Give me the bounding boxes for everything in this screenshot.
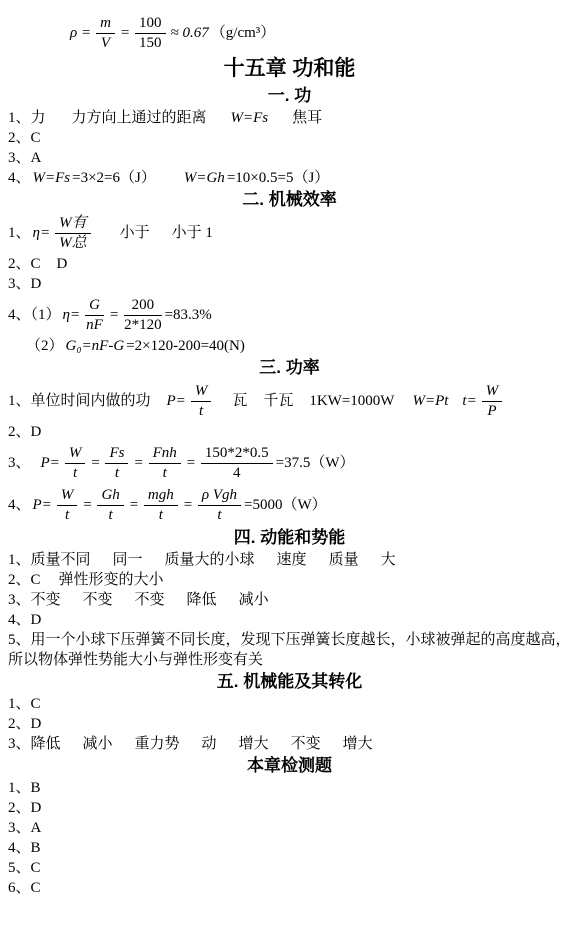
answer-text: 小于 xyxy=(120,223,150,243)
answer-line: 1、力力方向上通过的距离W=Fs焦耳 xyxy=(8,108,571,128)
answer-line: （2）G₀=nF-G=2×120-200=40(N) xyxy=(8,336,571,356)
formula-text: = xyxy=(133,453,143,473)
answer-text: 1KW=1000W xyxy=(309,391,394,411)
answer-sheet-document: ρ =mV=100150≈ 0.67（g/cm³） 十五章 功和能 一. 功 1… xyxy=(0,0,579,898)
answer-text: 3、A xyxy=(8,820,41,836)
answer-line: 2、D xyxy=(8,714,571,734)
fraction: ρ Vght xyxy=(198,487,241,524)
answer-text: 质量 xyxy=(329,552,359,568)
density-formula-line: ρ =mV=100150≈ 0.67（g/cm³） xyxy=(8,12,571,54)
answer-text: 3、降低 xyxy=(8,736,61,752)
fraction-denominator: W总 xyxy=(55,234,91,252)
answer-text: =2×120-200=40(N) xyxy=(126,338,245,354)
fraction: Fst xyxy=(105,445,128,482)
answer-text: 3、 xyxy=(8,453,31,473)
answer-line-paragraph: 5、用一个小球下压弹簧不同长度，发现下压弹簧长度越长，小球被弹起的高度越高，所以… xyxy=(8,630,571,670)
answer-text: 5、用一个小球下压弹簧不同长度，发现下压弹簧长度越长，小球被弹起的高度越高，所以… xyxy=(8,632,571,668)
section-title-mechanical-energy-conversion: 五. 机械能及其转化 xyxy=(8,670,571,694)
answer-text: 4、（1） xyxy=(8,305,61,325)
fraction-denominator: 150 xyxy=(135,34,166,52)
answer-text: D xyxy=(57,256,68,272)
fraction: Fnht xyxy=(149,445,181,482)
answer-text: （2） xyxy=(26,338,64,354)
fraction-denominator: t xyxy=(149,464,181,482)
fraction-numerator: Gh xyxy=(97,487,123,506)
answer-text: 不变 xyxy=(83,592,113,608)
fraction-denominator: t xyxy=(191,402,212,420)
answer-line-formula: 4、（1）η=GnF=2002*120=83.3% xyxy=(8,294,571,336)
answer-text: 1、单位时间内做的功 xyxy=(8,391,151,411)
formula-text: W=Pt xyxy=(412,391,448,411)
answer-text: 2、D xyxy=(8,424,41,440)
fraction: Ght xyxy=(97,487,123,524)
answer-text: 动 xyxy=(202,736,217,752)
fraction-numerator: W xyxy=(482,383,503,402)
answer-line: 5、C xyxy=(8,858,571,878)
answer-text: 增大 xyxy=(239,736,269,752)
fraction: 2002*120 xyxy=(124,297,162,334)
fraction-denominator: t xyxy=(198,506,241,524)
formula-text: = xyxy=(82,495,92,515)
answer-text: 不变 xyxy=(135,592,165,608)
section-title-power: 三. 功率 xyxy=(8,356,571,380)
answer-text: 小于 1 xyxy=(172,223,213,243)
formula-text: ρ = xyxy=(70,23,91,43)
fraction: Wt xyxy=(191,383,212,420)
answer-line: 3、A xyxy=(8,148,571,168)
answer-line-formula: 3、P=Wt=Fst=Fnht=150*2*0.54=37.5（W） xyxy=(8,442,571,484)
answer-text: 4、B xyxy=(8,840,41,856)
answer-text: 2、C xyxy=(8,572,41,588)
formula-text: W=Gh xyxy=(184,170,225,186)
answer-text: 3、不变 xyxy=(8,592,61,608)
answer-text: 2、D xyxy=(8,716,41,732)
answer-line: 3、D xyxy=(8,274,571,294)
answer-text: 5、C xyxy=(8,860,41,876)
fraction: GnF xyxy=(85,297,104,334)
answer-text: =3×2=6（J） xyxy=(72,170,156,186)
formula-text: = xyxy=(183,495,193,515)
formula-text: = xyxy=(109,305,119,325)
answer-text: 4、 xyxy=(8,170,31,186)
answer-text: 3、A xyxy=(8,150,41,166)
answer-line: 1、C xyxy=(8,694,571,714)
answer-line: 4、B xyxy=(8,838,571,858)
answer-line: 1、B xyxy=(8,778,571,798)
answer-text: =10×0.5=5（J） xyxy=(227,170,329,186)
answer-text: 3、D xyxy=(8,276,41,292)
fraction-denominator: t xyxy=(65,464,86,482)
answer-text: 4、 xyxy=(8,495,31,515)
fraction-denominator: P xyxy=(482,402,503,420)
answer-text: 2、D xyxy=(8,800,41,816)
answer-text: 速度 xyxy=(277,552,307,568)
answer-text: =83.3% xyxy=(165,305,212,325)
formula-text: W=Fs xyxy=(33,170,71,186)
fraction-numerator: W有 xyxy=(55,215,91,234)
answer-text: 瓦 xyxy=(232,391,247,411)
fraction-numerator: W xyxy=(191,383,212,402)
answer-text: （g/cm³） xyxy=(211,23,276,43)
chapter-title: 十五章 功和能 xyxy=(8,54,571,84)
fraction-denominator: t xyxy=(57,506,78,524)
fraction: 150*2*0.54 xyxy=(201,445,273,482)
formula-text: W=Fs xyxy=(231,110,269,126)
answer-text: 4、D xyxy=(8,612,41,628)
fraction-denominator: V xyxy=(96,34,115,52)
formula-text: ≈ 0.67 xyxy=(171,23,209,43)
fraction: mV xyxy=(96,15,115,52)
fraction-denominator: t xyxy=(144,506,178,524)
formula-text: η= xyxy=(63,305,81,325)
answer-line: 2、CD xyxy=(8,254,571,274)
answer-line: 3、降低减小重力势动增大不变增大 xyxy=(8,734,571,754)
fraction-denominator: t xyxy=(105,464,128,482)
fraction-numerator: mgh xyxy=(144,487,178,506)
fraction: WP xyxy=(482,383,503,420)
answer-sheet-page: { "page": { "chapter_title": "十五章 功和能", … xyxy=(0,0,579,945)
formula-text: t= xyxy=(462,391,476,411)
formula-text: = xyxy=(120,23,130,43)
answer-text: 不变 xyxy=(291,736,321,752)
answer-text: 同一 xyxy=(113,552,143,568)
answer-text: 质量大的小球 xyxy=(165,552,255,568)
answer-line: 6、C xyxy=(8,878,571,898)
fraction-denominator: 2*120 xyxy=(124,316,162,334)
fraction: 100150 xyxy=(135,15,166,52)
answer-line: 3、不变不变不变降低减小 xyxy=(8,590,571,610)
answer-text: 1、力 xyxy=(8,110,46,126)
answer-text: 千瓦 xyxy=(263,391,293,411)
section-title-kinetic-potential-energy: 四. 动能和势能 xyxy=(8,526,571,550)
fraction-numerator: 200 xyxy=(124,297,162,316)
fraction-numerator: m xyxy=(96,15,115,34)
formula-text: = xyxy=(186,453,196,473)
fraction: Wt xyxy=(65,445,86,482)
answer-text: 1、质量不同 xyxy=(8,552,91,568)
fraction-numerator: Fnh xyxy=(149,445,181,464)
fraction: W有W总 xyxy=(55,215,91,252)
section-title-chapter-test: 本章检测题 xyxy=(8,754,571,778)
fraction-numerator: ρ Vgh xyxy=(198,487,241,506)
fraction-numerator: Fs xyxy=(105,445,128,464)
fraction-numerator: G xyxy=(85,297,104,316)
fraction: Wt xyxy=(57,487,78,524)
fraction-denominator: t xyxy=(97,506,123,524)
section-title-work: 一. 功 xyxy=(8,84,571,108)
answer-line: 2、D xyxy=(8,422,571,442)
fraction-denominator: 4 xyxy=(201,464,273,482)
answer-text: 6、C xyxy=(8,880,41,896)
formula-text: η= xyxy=(33,223,51,243)
answer-text: 大 xyxy=(381,552,396,568)
answer-text: 力方向上通过的距离 xyxy=(72,110,207,126)
formula-text: G₀=nF-G xyxy=(66,338,125,354)
fraction-numerator: W xyxy=(65,445,86,464)
formula-text: P= xyxy=(33,495,52,515)
formula-text: P= xyxy=(41,453,60,473)
answer-text: 增大 xyxy=(343,736,373,752)
formula-text: = xyxy=(90,453,100,473)
answer-text: 弹性形变的大小 xyxy=(59,572,164,588)
fraction-denominator: nF xyxy=(85,316,104,334)
answer-text: 2、C xyxy=(8,130,41,146)
answer-line: 2、C弹性形变的大小 xyxy=(8,570,571,590)
answer-text: =37.5（W） xyxy=(276,453,355,473)
section-title-mechanical-efficiency: 二. 机械效率 xyxy=(8,188,571,212)
answer-line-formula: 1、η=W有W总小于小于 1 xyxy=(8,212,571,254)
answer-text: 1、C xyxy=(8,696,41,712)
answer-line: 2、C xyxy=(8,128,571,148)
fraction-numerator: 150*2*0.5 xyxy=(201,445,273,464)
answer-text: 焦耳 xyxy=(292,110,322,126)
answer-line-formula: 4、P=Wt=Ght=mght=ρ Vght=5000（W） xyxy=(8,484,571,526)
answer-text: 1、 xyxy=(8,223,31,243)
answer-line: 2、D xyxy=(8,798,571,818)
answer-text: 降低 xyxy=(187,592,217,608)
answer-line-formula: 1、单位时间内做的功P=Wt瓦千瓦1KW=1000WW=Ptt=WP xyxy=(8,380,571,422)
answer-text: =5000（W） xyxy=(244,495,327,515)
answer-text: 2、C xyxy=(8,256,41,272)
answer-line: 1、质量不同同一质量大的小球速度质量大 xyxy=(8,550,571,570)
answer-line: 4、D xyxy=(8,610,571,630)
formula-text: = xyxy=(129,495,139,515)
answer-text: 1、B xyxy=(8,780,41,796)
answer-text: 减小 xyxy=(239,592,269,608)
answer-line: 3、A xyxy=(8,818,571,838)
fraction-numerator: W xyxy=(57,487,78,506)
answer-line: 4、W=Fs=3×2=6（J）W=Gh=10×0.5=5（J） xyxy=(8,168,571,188)
answer-text: 重力势 xyxy=(135,736,180,752)
answer-text: 减小 xyxy=(83,736,113,752)
formula-text: P= xyxy=(167,391,186,411)
fraction: mght xyxy=(144,487,178,524)
fraction-numerator: 100 xyxy=(135,15,166,34)
